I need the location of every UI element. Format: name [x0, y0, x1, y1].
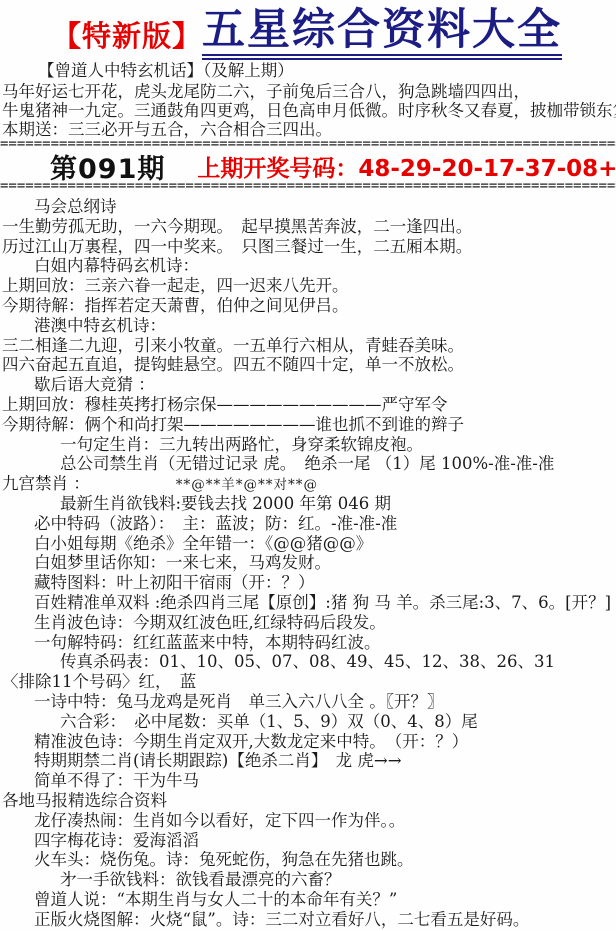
page-title: 五星综合资料大全 — [202, 9, 562, 60]
body-line-text: 正版火烧图解：火烧“鼠”。诗：三二对立看好八，二七看五是好码。 — [34, 910, 529, 929]
body-line-text: 六合彩： 必中尾数：买单（1、5、9）双（0、4、8）尾 — [60, 712, 478, 731]
body-line-text: 一诗中特：兔马龙鸡是死肖 单三入六八八全 。〖开？〗 — [34, 692, 444, 711]
body-line: 三二相逢二九迎，引来小牧童。一五单行六相从，青蛙吞美味。 — [0, 336, 616, 356]
body-line-text: 必中特码（波路）： 主：蓝波；防：红。-准-准-准 — [34, 514, 397, 533]
body-line: 历过江山万裏程，四一中奖来。 只图三餐过一生，二五厢本期。 — [0, 237, 616, 257]
issue-number: 第091期 — [50, 147, 165, 186]
body-line-text: 历过江山万裏程，四一中奖来。 只图三餐过一生，二五厢本期。 — [2, 237, 472, 256]
body-content: 马会总纲诗一生勤劳孤无助，一六今期现。 起早摸黑苦奔波，二一逢四出。历过江山万裏… — [0, 197, 616, 929]
body-line: 一句解特码：红红蓝蓝来中特，本期特码红波。 — [0, 633, 616, 653]
body-line-text: 三二相逢二九迎，引来小牧童。一五单行六相从，青蛙吞美味。 — [2, 336, 464, 355]
body-line-text: 龙仔凑热闹：生肖如今以看好，定下四一作为伴。。 — [34, 811, 405, 830]
body-line: 上期回放：三亲六眷一起走，四一迟来八先开。 — [0, 276, 616, 296]
body-line: 最新生肖欲钱料:要钱去找 2000 年第 046 期 — [0, 494, 616, 514]
body-line-text: 今期待解：指挥若定天萧曹，伯仲之间见伊吕。 — [2, 296, 349, 315]
body-line-text: 特期期禁二肖(请长期跟踪)【绝杀二肖】 龙 虎→→ — [34, 751, 402, 770]
opening-verse: 马年好运七开花，虎头龙尾防二六，子前兔后三合八，狗急跳墙四四出，牛鬼猪神一九定。… — [0, 82, 616, 139]
body-line-text: 传真杀码表：01、10、05、07、08、49、45、12、38、26、31 — [60, 652, 555, 671]
body-line: 白姐梦里话你知：一来七来，马鸡发财。 — [0, 553, 616, 573]
last-draw-numbers: 上期开奖号码：48-29-20-17-37-08+36 — [197, 150, 616, 183]
body-line-text: 白姐梦里话你知：一来七来，马鸡发财。 — [34, 553, 331, 572]
body-line-text: 一句解特码：红红蓝蓝来中特，本期特码红波。 — [34, 633, 381, 652]
body-line: 白姐内幕特码玄机诗： — [0, 256, 616, 276]
body-line-text: 各地马报精选综合资料 — [2, 791, 167, 810]
lottery-info-sheet: 【特新版】 五星综合资料大全 【曾道人中特玄机话】（及解上期） 马年好运七开花，… — [0, 0, 616, 931]
body-line: 九宫禁肖 ：**@**羊*@**对**@ — [0, 474, 616, 494]
body-line-text: 最新生肖欲钱料:要钱去找 2000 年第 046 期 — [60, 494, 391, 513]
verse-line: 马年好运七开花，虎头龙尾防二六，子前兔后三合八，狗急跳墙四四出， — [0, 82, 616, 101]
body-line: 各地马报精选综合资料 — [0, 791, 616, 811]
body-line-text: 生肖波色诗：今期双红波色旺,红绿特码后段发。 — [34, 613, 386, 632]
body-line: 四字梅花诗：爱海滔滔 — [0, 831, 616, 851]
body-line: 藏特图料：叶上初阳干宿雨（开：？） — [0, 573, 616, 593]
body-line: 简单不得了：干为牛马 — [0, 771, 616, 791]
body-line: 特期期禁二肖(请长期跟踪)【绝杀二肖】 龙 虎→→ — [0, 751, 616, 771]
edition-tag: 【特新版】 — [52, 22, 202, 60]
body-line: 一生勤劳孤无助，一六今期现。 起早摸黑苦奔波，二一逢四出。 — [0, 217, 616, 237]
body-line-text: 四字梅花诗：爱海滔滔 — [34, 831, 199, 850]
body-line-text: 〈排除11个号码〉红， 蓝 — [2, 672, 196, 691]
body-line-text: 今期待解：俩个和尚打架————————谁也抓不到谁的辫子 — [2, 415, 464, 434]
body-line-text: 歇后语大竞猜 ： — [34, 375, 155, 394]
body-line-text: 四六奋起五直追，提钩蛙悬空。四五不随四十定，单一不放松。 — [2, 355, 464, 374]
body-line-text: 㐧一手欲钱料：欲钱看最漂亮的六畜？ — [60, 870, 341, 889]
body-line: 上期回放：穆桂英拷打杨宗保——————————严守军令 — [0, 395, 616, 415]
body-line: 四六奋起五直追，提钩蛙悬空。四五不随四十定，单一不放松。 — [0, 355, 616, 375]
body-line-text: 上期回放：三亲六眷一起走，四一迟来八先开。 — [2, 276, 349, 295]
body-line: 歇后语大竞猜 ： — [0, 375, 616, 395]
body-line: 〈排除11个号码〉红， 蓝 — [0, 672, 616, 692]
body-line: 总公司禁生肖（无错过记录 虎。 绝杀一尾 （1）尾 100%-准-准-准 — [0, 454, 616, 474]
body-line-text: 港澳中特玄机诗： — [34, 316, 166, 335]
body-line: 港澳中特玄机诗： — [0, 316, 616, 336]
body-line: 精准波色诗：今期生肖定双开,大数龙定来中特。 （开：？） — [0, 732, 616, 752]
body-line: 今期待解：俩个和尚打架————————谁也抓不到谁的辫子 — [0, 415, 616, 435]
body-line: 龙仔凑热闹：生肖如今以看好，定下四一作为伴。。 — [0, 811, 616, 831]
body-line-text: 简单不得了：干为牛马 — [34, 771, 199, 790]
body-line: 马会总纲诗 — [0, 197, 616, 217]
nine-palace-stars-text: **@**羊*@**对**@ — [90, 477, 318, 493]
body-line: 一诗中特：兔马龙鸡是死肖 单三入六八八全 。〖开？〗 — [0, 692, 616, 712]
separator-line: ========================================… — [0, 181, 616, 193]
body-line-text: 一句定生肖：三九转出两路忙，身穿柔软锦皮袍。 — [60, 435, 423, 454]
body-line: 生肖波色诗：今期双红波色旺,红绿特码后段发。 — [0, 613, 616, 633]
body-line-text: 百姓精准单双料 :绝杀四肖三尾【原创】:猪 狗 马 羊。杀三尾:3、7、6。[开… — [34, 593, 611, 612]
body-line-text: 火车头：烧伤兔。诗：兔死蛇伤，狗急在先猪也跳。 — [34, 850, 414, 869]
body-line-text: 曾道人说：“本期生肖与女人二十的本命年有关？” — [34, 890, 397, 909]
body-line: 白小姐每期《绝杀》全年错一：《@@猪@@》 — [0, 534, 616, 554]
body-line-text: 精准波色诗：今期生肖定双开,大数龙定来中特。 （开：？） — [34, 732, 468, 751]
body-line: 传真杀码表：01、10、05、07、08、49、45、12、38、26、31 — [0, 652, 616, 672]
masthead: 【特新版】 五星综合资料大全 — [0, 4, 616, 60]
body-line: 一句定生肖：三九转出两路忙，身穿柔软锦皮袍。 — [0, 435, 616, 455]
verse-line: 牛鬼猪神一九定。三通鼓角四更鸡，日色高申月低微。时序秋冬又春夏，披枷带锁东复西。 — [0, 101, 616, 120]
body-line-text: 白小姐每期《绝杀》全年错一：《@@猪@@》 — [34, 534, 372, 553]
body-line-text: 总公司禁生肖（无错过记录 虎。 绝杀一尾 （1）尾 100%-准-准-准 — [60, 454, 554, 473]
body-line: 六合彩： 必中尾数：买单（1、5、9）双（0、4、8）尾 — [0, 712, 616, 732]
issue-bar: 第091期 上期开奖号码：48-29-20-17-37-08+36 — [0, 151, 616, 181]
body-line: 曾道人说：“本期生肖与女人二十的本命年有关？” — [0, 890, 616, 910]
body-line: 百姓精准单双料 :绝杀四肖三尾【原创】:猪 狗 马 羊。杀三尾:3、7、6。[开… — [0, 593, 616, 613]
body-line-text: 马会总纲诗 — [34, 197, 117, 216]
body-line-text: 上期回放：穆桂英拷打杨宗保——————————严守军令 — [2, 395, 448, 414]
subtitle: 【曾道人中特玄机话】（及解上期） — [38, 60, 616, 82]
body-line-text: 一生勤劳孤无助，一六今期现。 起早摸黑苦奔波，二一逢四出。 — [2, 217, 472, 236]
body-line-text: 白姐内幕特码玄机诗： — [34, 256, 199, 275]
body-line: 火车头：烧伤兔。诗：兔死蛇伤，狗急在先猪也跳。 — [0, 850, 616, 870]
body-line: 今期待解：指挥若定天萧曹，伯仲之间见伊吕。 — [0, 296, 616, 316]
body-line-text: 藏特图料：叶上初阳干宿雨（开：？） — [34, 573, 315, 592]
body-line-text: 九宫禁肖 ： — [2, 474, 90, 493]
body-line: 必中特码（波路）： 主：蓝波；防：红。-准-准-准 — [0, 514, 616, 534]
body-line: 正版火烧图解：火烧“鼠”。诗：三二对立看好八，二七看五是好码。 — [0, 910, 616, 930]
verse-line: 本期送：三三必开与五合，六合相合三四出。 — [0, 120, 616, 139]
body-line: 㐧一手欲钱料：欲钱看最漂亮的六畜？ — [0, 870, 616, 890]
